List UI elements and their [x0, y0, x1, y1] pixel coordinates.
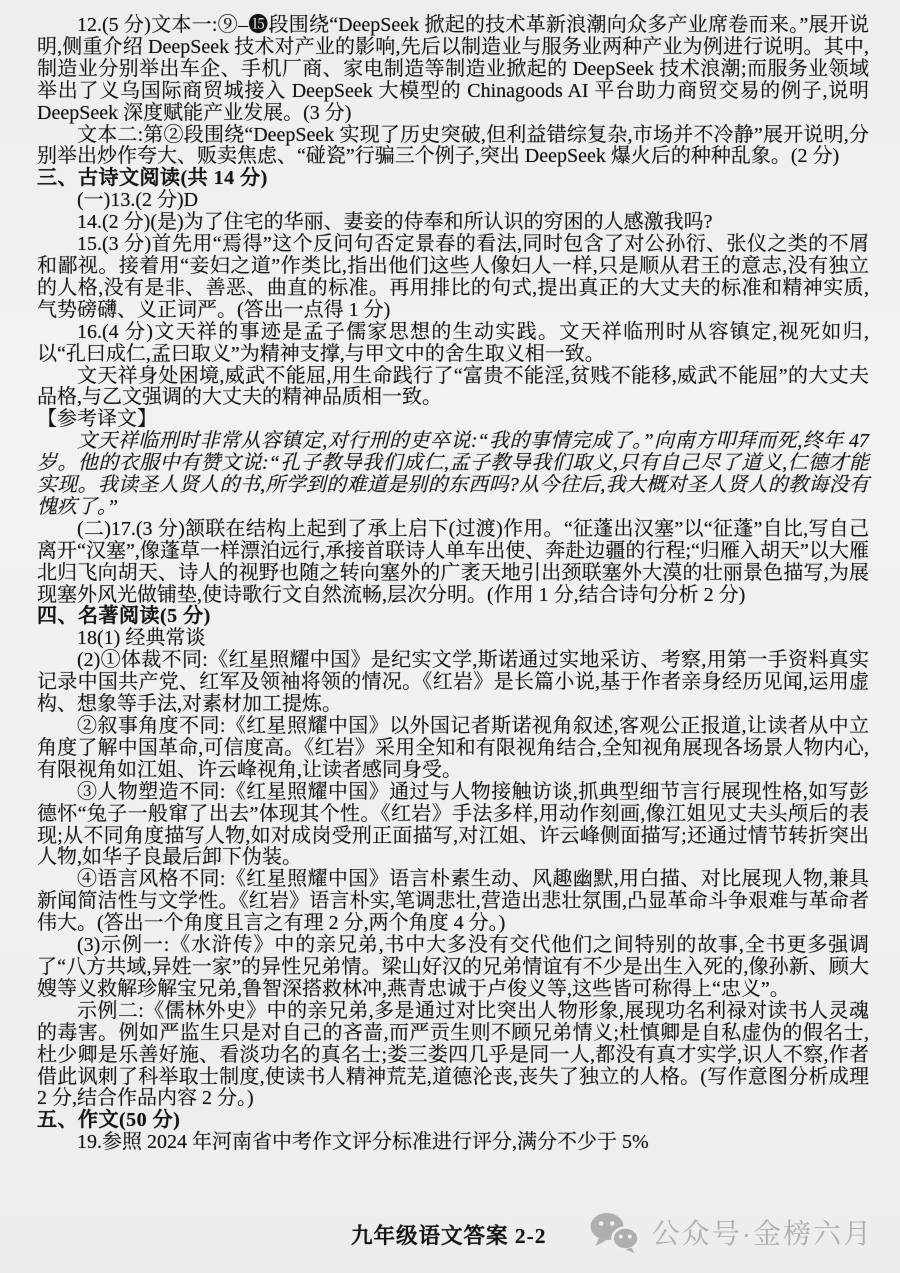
answer-item-17: (二)17.(3 分)颔联在结构上起到了承上启下(过渡)作用。“征蓬出汉塞”以“… [37, 519, 869, 607]
answer-item-19: 19.参照 2024 年河南省中考作文评分标准进行评分,满分不少于 5% [37, 1132, 869, 1154]
answer-item-18-2-point4: ④语言风格不同:《红星照耀中国》语言朴素生动、风趣幽默,用白描、对比展现人物,兼… [37, 869, 869, 935]
answer-item-16-continued: 文天祥身处困境,威武不能屈,用生命践行了“富贵不能淫,贫贱不能移,威武不能屈”的… [37, 366, 869, 410]
section-heading-composition: 五、作文(50 分) [37, 1110, 869, 1132]
watermark: 公众号·金榜六月 [588, 1211, 873, 1253]
answer-item-18-1: 18(1) 经典常谈 [37, 628, 869, 650]
answer-item-15: 15.(3 分)首先用“焉得”这个反问句否定景春的看法,同时包含了对公孙衍、张仪… [37, 234, 869, 322]
answer-item-18-3-example2: 示例二:《儒林外史》中的亲兄弟,多是通过对比突出人物形象,展现功名利禄对读书人灵… [37, 1001, 869, 1111]
watermark-text: 公众号·金榜六月 [652, 1212, 873, 1252]
answer-item-18-2-point2: ②叙事角度不同:《红星照耀中国》以外国记者斯诺视角叙述,客观公正报道,让读者从中… [37, 716, 869, 782]
answer-item-18-2-point1: (2)①体裁不同:《红星照耀中国》是纪实文学,斯诺通过实地采访、考察,用第一手资… [37, 650, 869, 716]
answer-item-13: (一)13.(2 分)D [37, 190, 869, 212]
answer-item-12: 12.(5 分)文本一:⑨–⓯段围绕“DeepSeek 掀起的技术革新浪潮向众多… [37, 15, 869, 125]
wechat-icon [588, 1211, 640, 1253]
answer-item-18-2-point3: ③人物塑造不同:《红星照耀中国》通过与人物接触访谈,抓典型细节言行展现性格,如写… [37, 782, 869, 870]
section-heading-famous-works: 四、名著阅读(5 分) [37, 606, 869, 628]
answer-item-12-text2: 文本二:第②段围绕“DeepSeek 实现了历史突破,但利益错综复杂,市场并不冷… [37, 125, 869, 169]
reference-translation-text: 文天祥临刑时非常从容镇定,对行刑的吏卒说:“我的事情完成了。”向南方叩拜而死,终… [37, 431, 869, 519]
page-number: 九年级语文答案 2-2 [351, 1219, 547, 1250]
answer-item-14: 14.(2 分)(是)为了住宅的华丽、妻妾的侍奉和所认识的穷困的人感激我吗? [37, 212, 869, 234]
answer-sheet-body: 12.(5 分)文本一:⑨–⓯段围绕“DeepSeek 掀起的技术革新浪潮向众多… [37, 15, 869, 1154]
section-heading-ancient-poetry: 三、古诗文阅读(共 14 分) [37, 168, 869, 190]
answer-item-16: 16.(4 分)文天祥的事迹是孟子儒家思想的生动实践。文天祥临刑时从容镇定,视死… [37, 322, 869, 366]
reference-translation-label: 【参考译文】 [37, 409, 869, 431]
answer-item-18-3-example1: (3)示例一:《水浒传》中的亲兄弟,书中大多没有交代他们之间特别的故事,全书更多… [37, 935, 869, 1001]
